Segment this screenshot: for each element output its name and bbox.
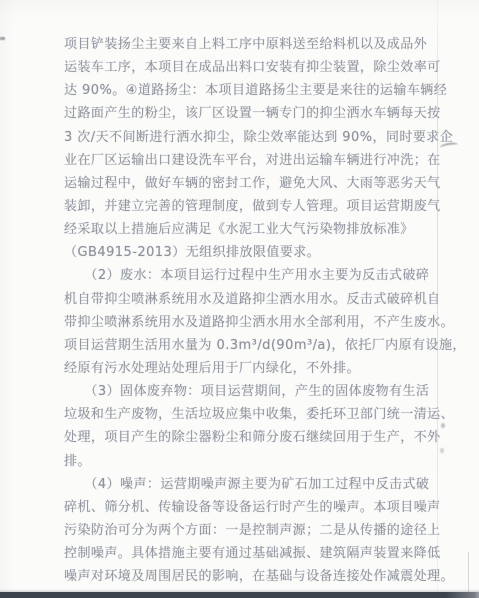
text-line: 碎机、筛分机、传输设备等设备运行时产生的噪声。本项目噪声 (64, 496, 454, 519)
text-line: 排。 (64, 450, 454, 473)
scanned-document-page: 项目铲装扬尘主要来自上料工序中原料送至给料机以及成品外运装车工序，本项目在成品出… (0, 0, 479, 598)
text-line: 控制噪声。具体措施主要有通过基础减振、建筑隔声装置来降低 (64, 542, 454, 565)
text-line: 运装车工序，本项目在成品出料口安装有抑尘装置，除尘效率可 (64, 56, 454, 79)
page-fold-line (437, 0, 438, 592)
ink-smudge (440, 448, 444, 453)
text-line: 处理，项目产生的除尘器粉尘和筛分废石继续回用于生产，不外 (64, 426, 454, 449)
text-line: （GB4915-2013）无组织排放限值要求。 (64, 241, 454, 264)
text-line: 项目运营期生活用水量为 0.3m³/d(90m³/a)，依托厂内原有设施， (64, 334, 454, 357)
text-line: 过路面产生的粉尘，该厂区设置一辆专门的抑尘洒水车辆每天按 (64, 102, 454, 125)
text-line: 装卸，并建立完善的管理制度，做到专人管理。项目运营期废气 (64, 195, 454, 218)
text-line: 垃圾和生产废物，生活垃圾应集中收集，委托环卫部门统一清运、 (64, 403, 454, 426)
page-edge-line (468, 552, 469, 592)
ink-smudge (441, 423, 445, 428)
text-line: 达 90%。④道路扬尘：本项目道路扬尘主要是来往的运输车辆经 (64, 79, 454, 102)
text-line: 业在厂区运输出口建设洗车平台，对进出运输车辆进行冲洗；在 (64, 149, 454, 172)
text-line: （2）废水：本项目运行过程中生产用水主要为反击式破碎 (64, 264, 454, 287)
text-line: 项目铲装扬尘主要来自上料工序中原料送至给料机以及成品外 (64, 33, 454, 56)
text-line: （4）噪声：运营期噪声源主要为矿石加工过程中反击式破 (64, 473, 454, 496)
text-line: 带抑尘喷淋系统用水及道路抑尘洒水用水全部利用，不产生废水。 (64, 311, 454, 334)
text-line: 经采取以上措施后应满足《水泥工业大气污染物排放标准》 (64, 218, 454, 241)
text-line: 机自带抑尘喷淋系统用水及道路抑尘洒水用水。反击式破碎机自 (64, 288, 454, 311)
text-line: 污染防治可分为两个方面：一是控制声源；二是从传播的途径上 (64, 519, 454, 542)
text-line: 噪声对环境及周围居民的影响，在基础与设备连接处作减震处理。 (64, 565, 454, 588)
text-line: （3）固体废弃物：项目运营期间，产生的固体废物有生活 (64, 380, 454, 403)
text-line: 3 次/天不间断进行洒水抑尘，除尘效率能达到 90%，同时要求企 (64, 126, 454, 149)
scan-edge-bar (0, 592, 479, 598)
document-text-block: 项目铲装扬尘主要来自上料工序中原料送至给料机以及成品外运装车工序，本项目在成品出… (64, 33, 454, 588)
scan-speck (0, 37, 5, 40)
text-line: 运输过程中，做好车辆的密封工作，避免大风、大雨等恶劣天气 (64, 172, 454, 195)
text-line: 经原有污水处理站处理后用于厂内绿化，不外排。 (64, 357, 454, 380)
